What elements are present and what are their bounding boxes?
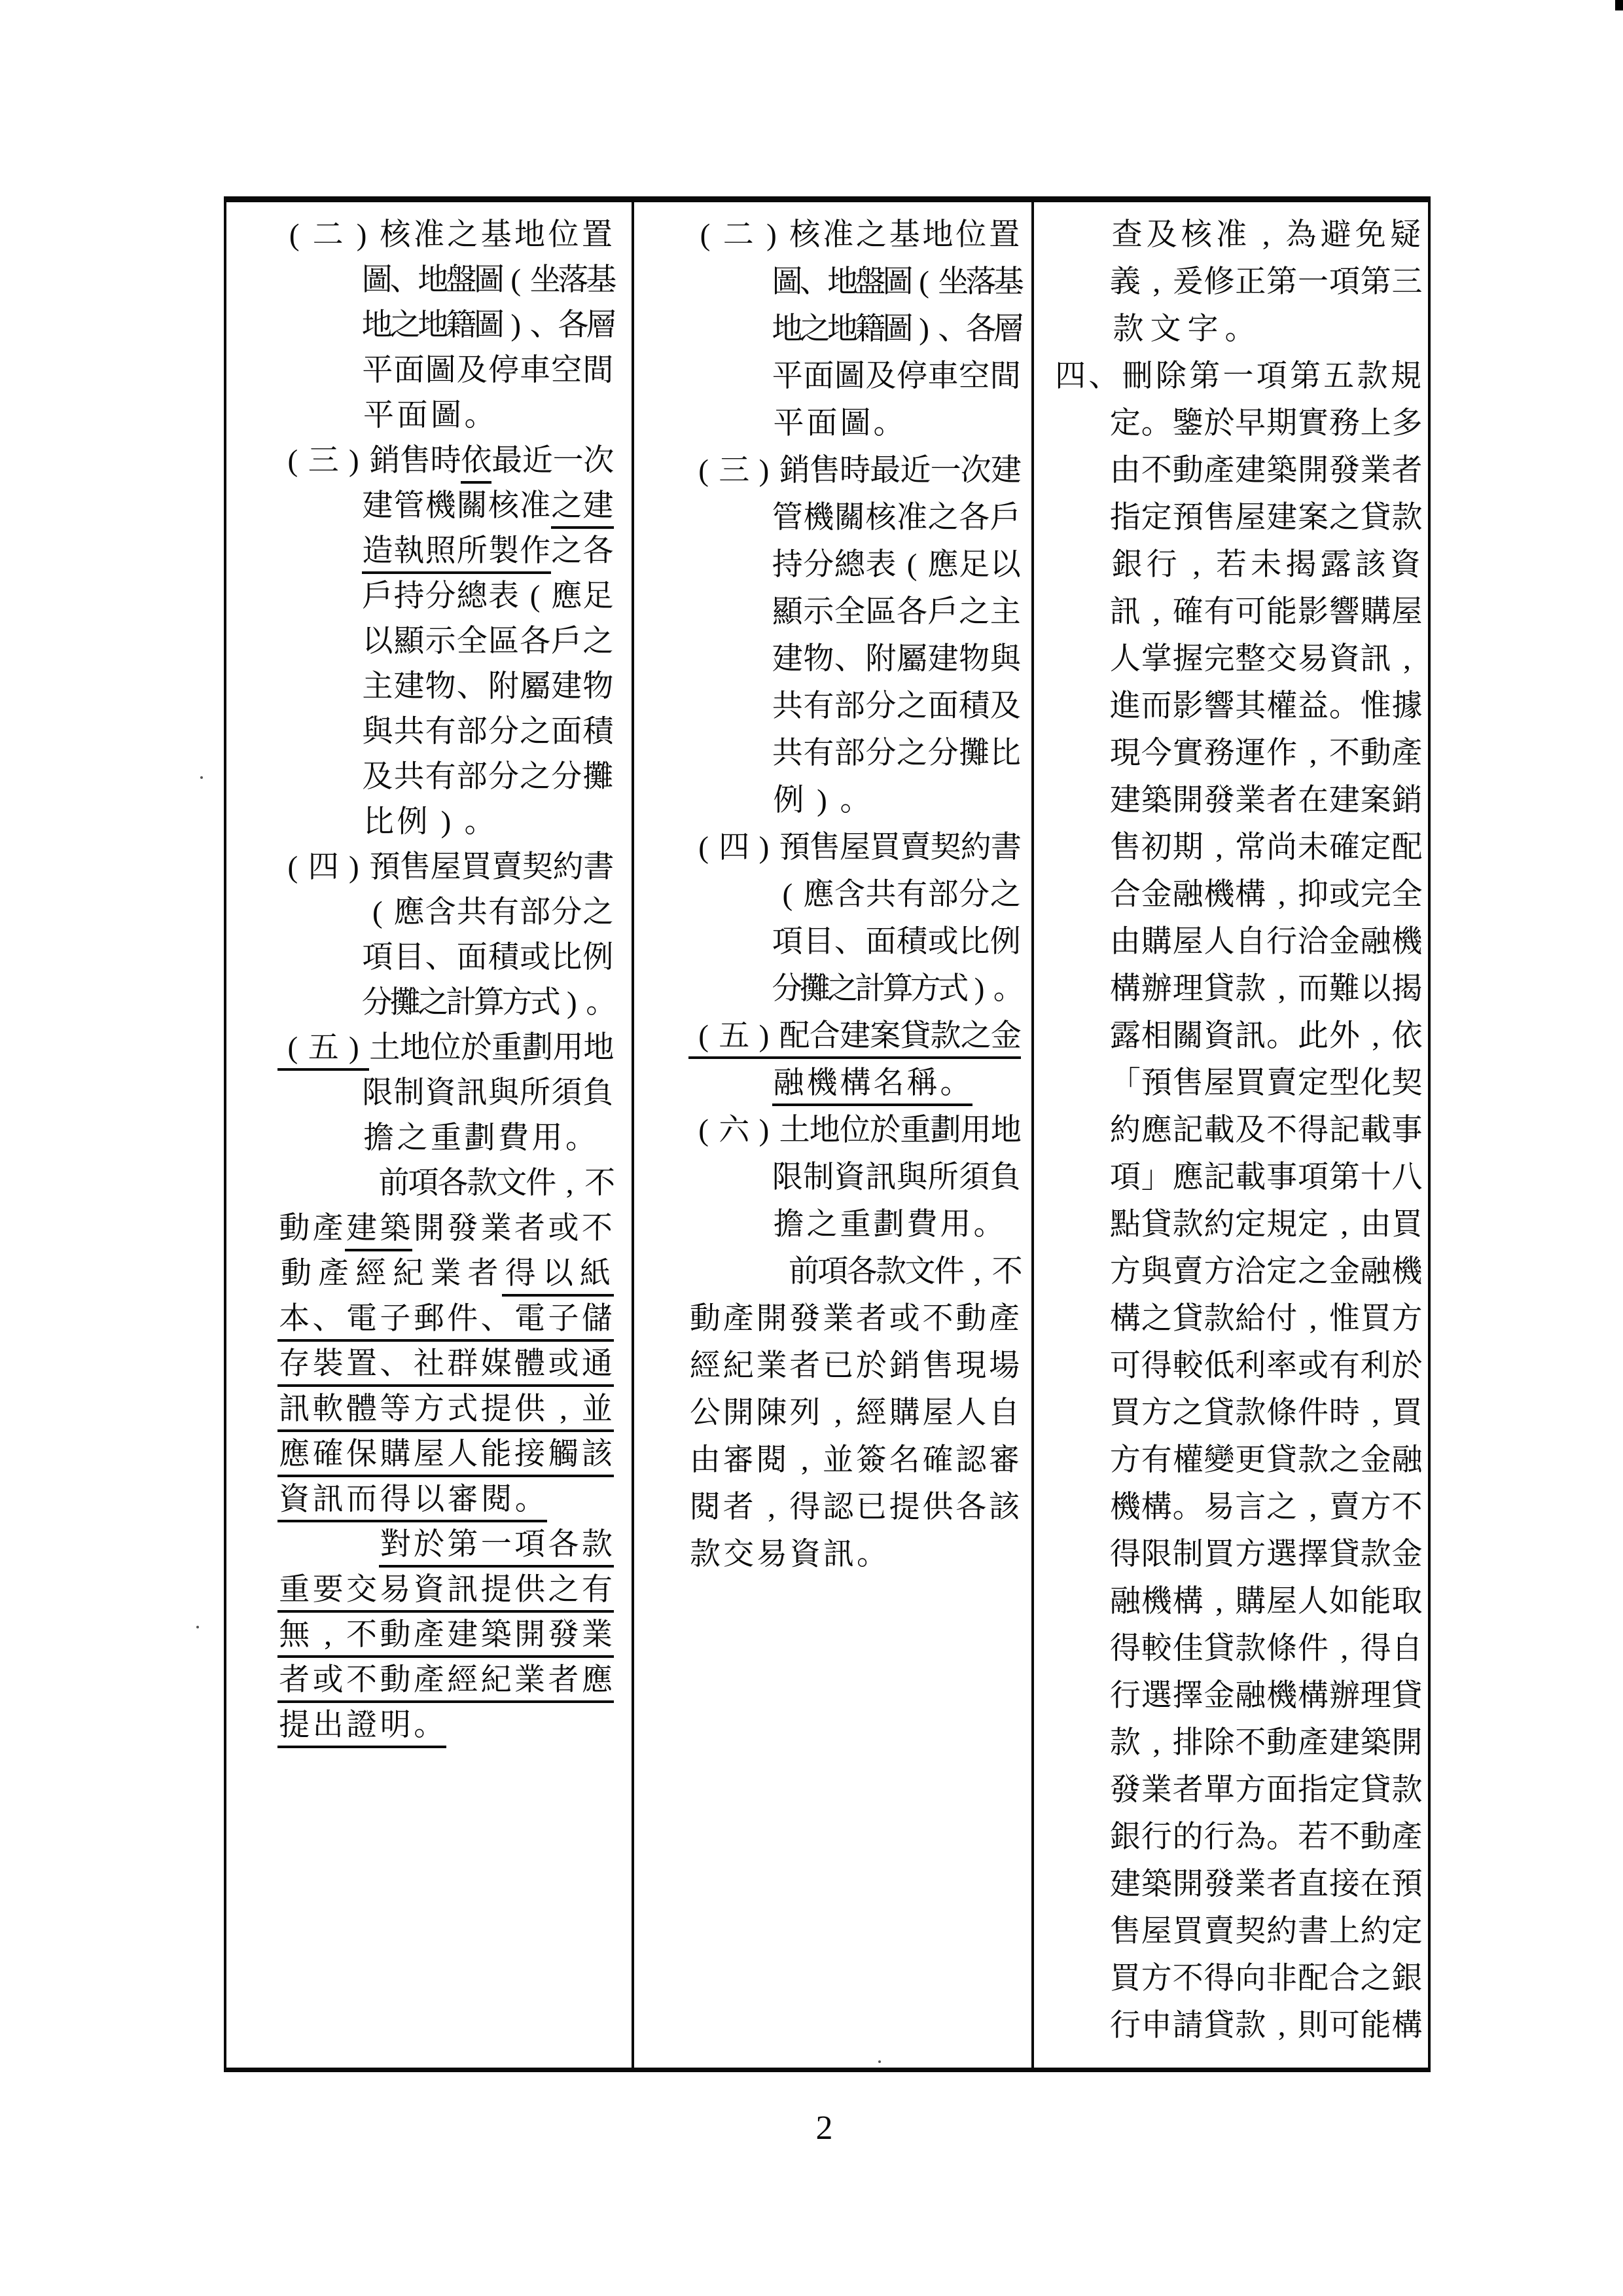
line-indent — [1054, 1489, 1110, 1496]
line-indent — [1054, 405, 1110, 412]
text-line: 融機構,購屋人如能取 — [1054, 1583, 1423, 1630]
line-indent — [688, 1065, 772, 1071]
text-line: 機構。易言之,賣方不 — [1054, 1489, 1423, 1536]
text-line: 主建物、附屬建物 — [277, 668, 614, 713]
line-indent — [1054, 1536, 1110, 1543]
text-line: 閱者,得認已提供各該 — [688, 1489, 1021, 1536]
line-indent — [277, 307, 362, 314]
text-line: 限制資訊與所須負 — [277, 1075, 614, 1120]
text-line: 銀行的行為。若不動產 — [1054, 1819, 1423, 1866]
text-line: 項目、面積或比例 — [277, 939, 614, 984]
explanation-column: 查及核准,為避免疑義,爰修正第一項第三款文字。四、刪除第一項第五款規定。鑒於早期… — [1034, 202, 1428, 2068]
line-indent — [688, 924, 772, 930]
text-line: 建管機關核准之建 — [277, 488, 614, 533]
line-indent — [688, 782, 772, 789]
line-indent — [1054, 594, 1110, 600]
text-line: 前項各款文件,不 — [277, 1165, 614, 1210]
line-indent — [277, 804, 362, 810]
text-line: 買方之貸款條件時,買 — [1054, 1395, 1423, 1442]
line-indent — [1054, 1725, 1110, 1731]
line-indent — [1054, 1960, 1110, 1967]
scan-artifact-corner-mark — [1615, 0, 1623, 10]
line-indent — [1054, 1300, 1110, 1307]
text-line: 現今實務運作,不動產 — [1054, 735, 1423, 782]
line-indent — [1054, 1253, 1110, 1260]
text-line: (三)銷售時最近一次建 — [688, 452, 1021, 499]
text-line: 行選擇金融機構辦理貸 — [1054, 1677, 1423, 1725]
text-line: 圖、地盤圖(坐落基 — [688, 264, 1021, 311]
text-line: 融機構名稱。 — [688, 1065, 1021, 1112]
text-line: 點貸款約定規定,由買 — [1054, 1206, 1423, 1253]
text-line: 圖、地盤圖(坐落基 — [277, 262, 614, 307]
line-indent — [688, 1206, 772, 1213]
scan-artifact-speck — [878, 2060, 881, 2063]
line-indent — [1054, 735, 1110, 742]
text-line: 約應記載及不得記載事 — [1054, 1112, 1423, 1159]
text-line: 本、電子郵件、電子儲 — [277, 1300, 614, 1346]
line-indent — [688, 641, 772, 647]
text-line: 地之地籍圖)、各層 — [277, 307, 614, 352]
text-line: 「預售屋買賣定型化契 — [1054, 1065, 1423, 1112]
text-line: 分攤之計算方式)。 — [688, 971, 1021, 1018]
line-indent — [1054, 452, 1110, 459]
text-line: 方與賣方洽定之金融機 — [1054, 1253, 1423, 1300]
text-line: 款文字。 — [1054, 311, 1423, 358]
line-indent — [1054, 2007, 1110, 2014]
text-line: 公開陳列,經購屋人自 — [688, 1395, 1021, 1442]
text-line: 共有部分之分攤比 — [688, 735, 1021, 782]
text-line: 戶持分總表(應足 — [277, 578, 614, 623]
line-indent — [688, 876, 772, 883]
text-line: 分攤之計算方式)。 — [277, 984, 614, 1030]
text-line: 人掌握完整交易資訊, — [1054, 641, 1423, 688]
line-indent — [688, 264, 772, 270]
text-line: 平面圖及停車空間 — [277, 352, 614, 397]
line-indent — [688, 1253, 789, 1260]
text-line: 買方不得向非配合之銀 — [1054, 1960, 1423, 2007]
line-indent — [688, 735, 772, 742]
text-line: 擔之重劃費用。 — [688, 1206, 1021, 1253]
text-line: 顯示全區各戶之主 — [688, 594, 1021, 641]
line-indent — [1054, 264, 1110, 270]
text-line: 查及核准,為避免疑 — [1054, 217, 1423, 264]
line-indent — [277, 1075, 362, 1081]
line-indent — [277, 1526, 379, 1533]
line-indent — [1054, 217, 1110, 223]
line-indent — [688, 358, 772, 365]
text-line: 露相關資訊。此外,依 — [1054, 1018, 1423, 1065]
text-line: 及共有部分之分攤 — [277, 759, 614, 804]
line-indent — [1054, 688, 1110, 694]
text-line: 建築開發業者直接在預 — [1054, 1866, 1423, 1913]
text-line: 可得較低利率或有利於 — [1054, 1348, 1423, 1395]
line-indent — [1054, 641, 1110, 647]
line-indent — [1054, 924, 1110, 930]
line-indent — [1054, 1583, 1110, 1590]
line-indent — [1054, 1065, 1110, 1071]
text-line: 合金融機構,抑或完全 — [1054, 876, 1423, 924]
text-line: 無,不動產建築開發業 — [277, 1617, 614, 1662]
line-indent — [1054, 1018, 1110, 1024]
comparison-table: (二)核准之基地位置圖、地盤圖(坐落基地之地籍圖)、各層平面圖及停車空間平面圖。… — [224, 196, 1431, 2072]
text-line: 指定預售屋建案之貸款 — [1054, 499, 1423, 547]
line-indent — [277, 352, 362, 359]
text-line: 動產開發業者或不動產 — [688, 1300, 1021, 1348]
line-indent — [277, 894, 362, 901]
line-indent — [1054, 829, 1110, 836]
text-line: 對於第一項各款 — [277, 1526, 614, 1571]
text-line: 持分總表(應足以 — [688, 547, 1021, 594]
text-line: (二)核准之基地位置 — [688, 217, 1021, 264]
line-indent — [277, 984, 362, 991]
text-line: (應含共有部分之 — [688, 876, 1021, 924]
text-line: (三)銷售時依最近一次 — [277, 442, 614, 488]
text-line: 四、刪除第一項第五款規 — [1054, 358, 1423, 405]
text-line: 項目、面積或比例 — [688, 924, 1021, 971]
line-indent — [1054, 1819, 1110, 1825]
text-line: 平面圖。 — [277, 397, 614, 442]
line-indent — [277, 668, 362, 675]
line-indent — [1054, 1913, 1110, 1920]
text-line: 平面圖。 — [688, 405, 1021, 452]
line-indent — [1054, 1677, 1110, 1684]
text-line: 款交易資訊。 — [688, 1536, 1021, 1583]
text-line: 平面圖及停車空間 — [688, 358, 1021, 405]
text-line: 經紀業者已於銷售現場 — [688, 1348, 1021, 1395]
text-line: 定。鑒於早期實務上多 — [1054, 405, 1423, 452]
line-indent — [1054, 311, 1110, 317]
text-line: 構之貸款給付,惟買方 — [1054, 1300, 1423, 1348]
text-line: 擔之重劃費用。 — [277, 1120, 614, 1165]
line-indent — [1054, 782, 1110, 789]
text-line: 重要交易資訊提供之有 — [277, 1571, 614, 1617]
line-indent — [688, 547, 772, 553]
line-indent — [277, 397, 362, 404]
text-line: 建物、附屬建物與 — [688, 641, 1021, 688]
line-indent — [277, 262, 362, 268]
text-line: 訊軟體等方式提供,並 — [277, 1391, 614, 1436]
line-indent — [688, 311, 772, 317]
text-line: 建築開發業者在建案銷 — [1054, 782, 1423, 829]
line-indent — [1054, 1442, 1110, 1448]
text-line: 動產經紀業者得以紙 — [277, 1255, 614, 1300]
line-indent — [1054, 1206, 1110, 1213]
text-line: 進而影響其權益。惟據 — [1054, 688, 1423, 735]
line-indent — [1054, 1772, 1110, 1778]
text-line: 發業者單方面指定貸款 — [1054, 1772, 1423, 1819]
line-indent — [1054, 1159, 1110, 1166]
line-indent — [277, 533, 362, 539]
text-line: 限制資訊與所須負 — [688, 1159, 1021, 1206]
text-line: 得限制買方選擇貸款金 — [1054, 1536, 1423, 1583]
text-line: (四)預售屋買賣契約書 — [688, 829, 1021, 876]
line-indent — [277, 488, 362, 494]
line-indent — [688, 971, 772, 977]
text-line: 行申請貸款,則可能構 — [1054, 2007, 1423, 2054]
text-line: 與共有部分之面積 — [277, 713, 614, 759]
line-indent — [1054, 971, 1110, 977]
scan-artifact-speck — [200, 776, 203, 779]
line-indent — [277, 939, 362, 946]
text-line: 者或不動產經紀業者應 — [277, 1662, 614, 1707]
text-line: 構辦理貸款,而難以揭 — [1054, 971, 1423, 1018]
line-indent — [1054, 499, 1110, 506]
line-indent — [688, 405, 772, 412]
amended-text-column: (二)核准之基地位置圖、地盤圖(坐落基地之地籍圖)、各層平面圖及停車空間平面圖。… — [226, 202, 634, 2068]
text-line: (五)配合建案貸款之金 — [688, 1018, 1021, 1065]
text-line: 地之地籍圖)、各層 — [688, 311, 1021, 358]
text-line: (四)預售屋買賣契約書 — [277, 849, 614, 894]
text-line: 以顯示全區各戶之 — [277, 623, 614, 668]
text-line: 例)。 — [688, 782, 1021, 829]
line-indent — [1054, 1112, 1110, 1119]
text-line: (二)核准之基地位置 — [277, 217, 614, 262]
line-indent — [277, 1165, 379, 1172]
text-line: 訊,確有可能影響購屋 — [1054, 594, 1423, 641]
line-indent — [1054, 547, 1110, 553]
text-line: 資訊而得以審閱。 — [277, 1481, 614, 1526]
line-indent — [688, 499, 772, 506]
text-line: 方有權變更貸款之金融 — [1054, 1442, 1423, 1489]
text-line: (五)土地位於重劃用地 — [277, 1030, 614, 1075]
text-line: 款,排除不動產建築開 — [1054, 1725, 1423, 1772]
line-indent — [277, 759, 362, 765]
scan-artifact-speck — [196, 1626, 199, 1628]
line-indent — [688, 594, 772, 600]
text-line: 提出證明。 — [277, 1707, 614, 1752]
text-line: 應確保購屋人能接觸該 — [277, 1436, 614, 1481]
line-indent — [277, 713, 362, 720]
text-line: 共有部分之面積及 — [688, 688, 1021, 735]
text-line: 由不動產建築開發業者 — [1054, 452, 1423, 499]
text-line: 前項各款文件,不 — [688, 1253, 1021, 1300]
current-text-column: (二)核准之基地位置圖、地盤圖(坐落基地之地籍圖)、各層平面圖及停車空間平面圖。… — [634, 202, 1034, 2068]
text-line: 動產建築開發業者或不 — [277, 1210, 614, 1255]
text-line: 比例)。 — [277, 804, 614, 849]
line-indent — [1054, 1630, 1110, 1637]
text-line: 管機關核准之各戶 — [688, 499, 1021, 547]
line-indent — [1054, 1348, 1110, 1354]
text-line: 由購屋人自行洽金融機 — [1054, 924, 1423, 971]
text-line: 存裝置、社群媒體或通 — [277, 1346, 614, 1391]
line-indent — [688, 688, 772, 694]
line-indent — [1054, 876, 1110, 883]
text-line: (六)土地位於重劃用地 — [688, 1112, 1021, 1159]
line-indent — [277, 578, 362, 584]
line-indent — [688, 1159, 772, 1166]
text-line: 項」應記載事項第十八 — [1054, 1159, 1423, 1206]
page-number: 2 — [789, 2109, 861, 2147]
text-line: 造執照所製作之各 — [277, 533, 614, 578]
text-line: 售屋買賣契約書上約定 — [1054, 1913, 1423, 1960]
line-indent — [277, 1120, 362, 1126]
scanned-document-page: (二)核准之基地位置圖、地盤圖(坐落基地之地籍圖)、各層平面圖及停車空間平面圖。… — [0, 0, 1623, 2296]
line-indent — [1054, 1866, 1110, 1873]
text-line: 售初期,常尚未確定配 — [1054, 829, 1423, 876]
line-indent — [277, 623, 362, 630]
line-indent — [1054, 1395, 1110, 1401]
text-line: (應含共有部分之 — [277, 894, 614, 939]
text-line: 由審閱,並簽名確認審 — [688, 1442, 1021, 1489]
text-line: 義,爰修正第一項第三 — [1054, 264, 1423, 311]
text-line: 得較佳貸款條件,得自 — [1054, 1630, 1423, 1677]
text-line: 銀行,若未揭露該資 — [1054, 547, 1423, 594]
